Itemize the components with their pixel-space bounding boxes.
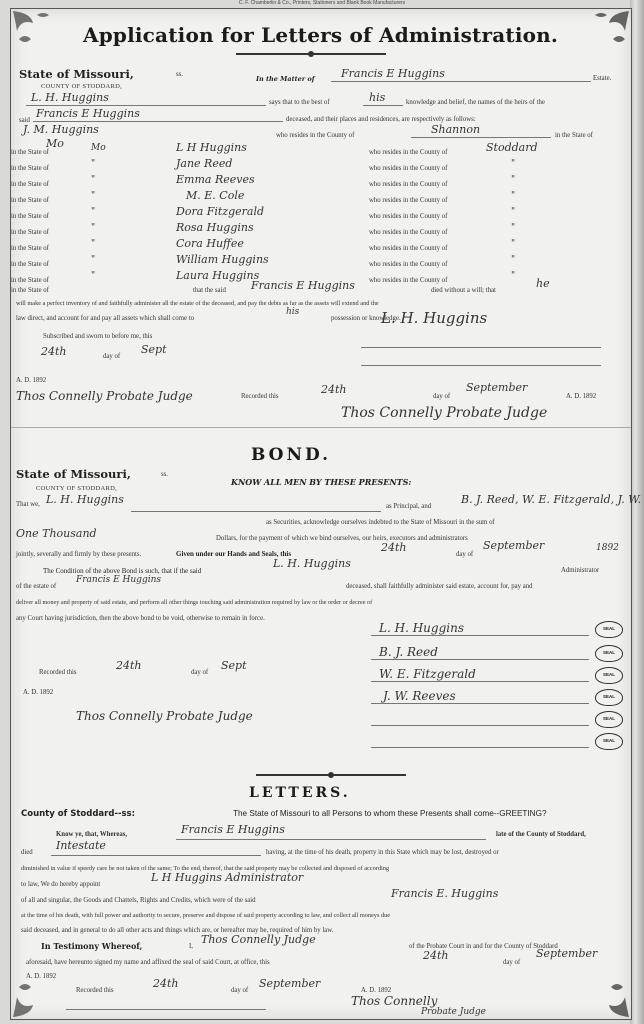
final-title: Probate Judge	[421, 1007, 486, 1017]
in-state-text: in the State of	[555, 132, 593, 139]
heir-state-label: in the State of	[11, 165, 49, 172]
resides-text: who resides in the County of	[369, 181, 447, 188]
i-text: I,	[189, 943, 193, 950]
recorded-label: Recorded this	[76, 987, 114, 994]
resides-text: who resides in the County of	[369, 245, 447, 252]
recorded-day: 24th	[321, 383, 347, 396]
recorded-label: Recorded this	[39, 669, 77, 676]
list-item: in the State of " Jane Reed who resides …	[11, 157, 611, 173]
list-item: in the State of " Cora Huffee who reside…	[11, 237, 611, 253]
appointee-value: L H Huggins Administrator	[151, 871, 303, 884]
document-page: Application for Letters of Administratio…	[10, 8, 632, 1020]
heir-county: "	[511, 239, 515, 249]
securities-names: B. J. Reed, W. E. Fitzgerald, J. W. Reev…	[461, 493, 644, 506]
bond-title: BOND.	[251, 445, 331, 465]
heir-name: Cora Huffee	[176, 237, 244, 250]
day-of-text: day of	[191, 669, 208, 676]
heir-state-label: in the State of	[11, 277, 49, 284]
day-of-text: day of	[433, 393, 450, 400]
letters-judge-name: Thos Connelly Judge	[201, 933, 316, 946]
matter-value: Francis E Huggins	[341, 67, 445, 80]
testimony-day: 24th	[423, 949, 449, 962]
estate-label: Estate.	[593, 75, 611, 82]
resides-text: who resides in the County of	[276, 132, 354, 139]
that-said-text: that the said	[193, 287, 226, 294]
that-we-text: That we,	[16, 501, 40, 508]
seal-icon: SEAL	[595, 689, 623, 706]
heir-state: "	[91, 159, 95, 169]
sworn-month: Sept	[141, 343, 167, 356]
sworn-year: A. D. 1892	[16, 377, 46, 384]
heir-county: "	[511, 255, 515, 265]
estate-name: Francis E Huggins	[76, 575, 161, 585]
first-heir-name: J. M. Huggins	[23, 123, 99, 136]
application-title: Application for Letters of Administratio…	[83, 23, 558, 47]
goods-name: Francis E. Huggins	[391, 887, 498, 900]
testimony-year: A. D. 1892	[26, 973, 56, 980]
signer-signature: L. H. Huggins	[379, 621, 464, 635]
that-said-name: Francis E Huggins	[251, 279, 355, 292]
seal-icon: SEAL	[595, 733, 623, 750]
heir-county: Stoddard	[486, 141, 538, 154]
principal-name: L. H. Huggins	[46, 493, 124, 506]
deliver-text: deliver all money and property of said e…	[16, 599, 372, 606]
testimony-text: In Testimony Whereof,	[41, 941, 142, 951]
section-divider	[236, 53, 386, 55]
letters-title: LETTERS.	[249, 785, 351, 801]
intestate-value: Intestate	[56, 839, 106, 852]
judge-signature: Thos Connelly Probate Judge	[76, 709, 253, 723]
any-court-text: any Court having jurisdiction, then the …	[16, 615, 265, 622]
appoint-text: to law, We do hereby appoint	[21, 881, 100, 888]
bond-state: State of Missouri,	[16, 467, 131, 481]
recorded-label: Recorded this	[241, 393, 279, 400]
sworn-day: 24th	[41, 345, 67, 358]
deceased-text: deceased, and their places and residence…	[286, 116, 476, 123]
judge-signature-2: Thos Connelly Probate Judge	[341, 405, 547, 421]
deceased-text: deceased, shall faithfully administer sa…	[346, 583, 533, 590]
application-state: State of Missouri,	[19, 67, 134, 81]
list-item: in the State of " M. E. Cole who resides…	[11, 189, 611, 205]
heir-name: Emma Reeves	[176, 173, 255, 186]
letters-county: County of Stoddard--ss:	[21, 809, 135, 819]
aforesaid-text: aforesaid, have hereunto signed my name …	[26, 959, 270, 966]
heir-name: L H Huggins	[176, 141, 247, 154]
deceased-name: Francis E Huggins	[36, 107, 140, 120]
time-text: at the time of his death, with full powe…	[21, 912, 390, 919]
of-estate-text: of the estate of	[16, 583, 56, 590]
resides-text: who resides in the County of	[369, 213, 447, 220]
resides-text: who resides in the County of	[369, 229, 447, 236]
resides-text: who resides in the County of	[369, 197, 447, 204]
signer-signature: J. W. Reeves	[383, 689, 456, 703]
heir-name: Jane Reed	[176, 157, 232, 170]
heir-name: Rosa Huggins	[176, 221, 254, 234]
as-principal-text: as Principal, and	[386, 503, 431, 510]
recorded-month: Sept	[221, 659, 247, 672]
in-state-text: in the State of	[11, 287, 49, 294]
knowledge-text: knowledge and belief, the names of the h…	[406, 99, 545, 106]
seal-icon: SEAL	[595, 667, 623, 684]
heir-state-label: in the State of	[11, 245, 49, 252]
resides-text: who resides in the County of	[369, 277, 447, 284]
day-of-text: day of	[231, 987, 248, 994]
greeting-text: The State of Missouri to all Persons to …	[233, 809, 547, 818]
list-item: in the State of Mo L H Huggins who resid…	[11, 141, 611, 157]
resides-text: who resides in the County of	[369, 261, 447, 268]
heir-state-label: in the State of	[11, 213, 49, 220]
section-divider	[256, 774, 406, 776]
died-text: died	[21, 849, 33, 856]
heir-county: "	[511, 271, 515, 281]
sum-words: One Thousand	[16, 527, 97, 540]
heir-state-label: in the State of	[11, 149, 49, 156]
testimony-month: September	[536, 947, 597, 960]
given-year: 1892	[596, 543, 619, 553]
know-all-men: KNOW ALL MEN BY THESE PRESENTS:	[231, 477, 411, 487]
first-heir-county: Shannon	[431, 123, 480, 136]
final-signature: Thos Connelly	[351, 994, 437, 1008]
recorded-month: September	[259, 977, 320, 990]
heir-state-label: in the State of	[11, 181, 49, 188]
says-text: says that to the best of	[269, 99, 330, 106]
seal-icon: SEAL	[595, 621, 623, 638]
heir-county: "	[511, 191, 515, 201]
page-edge	[630, 0, 644, 1024]
heir-name: William Huggins	[176, 253, 269, 266]
condition-name: L. H. Huggins	[273, 557, 351, 570]
condition-text: The Condition of the above Bond is such,…	[43, 567, 201, 575]
day-of-text: day of	[456, 551, 473, 558]
ornament-corner-icon	[11, 9, 59, 57]
day-of-text: day of	[503, 959, 520, 966]
application-county: COUNTY OF STODDARD,	[41, 83, 122, 90]
heir-name: Laura Huggins	[176, 269, 259, 282]
ornament-corner-icon	[583, 971, 631, 1019]
late-of-text: late of the County of Stoddard,	[496, 831, 586, 838]
heir-state: "	[91, 207, 95, 217]
judge-signature: Thos Connelly Probate Judge	[16, 389, 193, 403]
signer-signature: B. J. Reed	[379, 645, 438, 659]
heir-county: "	[511, 175, 515, 185]
recorded-year: A. D. 1892	[23, 689, 53, 696]
dollars-text: Dollars, for the payment of which we bin…	[216, 535, 468, 542]
inventory-text: will make a perfect inventory of and fai…	[16, 300, 379, 307]
pronoun-value: his	[369, 91, 385, 104]
account-text: law direct, and account for and pay all …	[16, 315, 194, 322]
applicant-name: L. H. Huggins	[31, 91, 109, 104]
jointly-text: jointly, severally and firmly by these p…	[16, 551, 141, 558]
heir-state: "	[91, 271, 95, 281]
heir-state-label: in the State of	[11, 229, 49, 236]
heir-state: "	[91, 223, 95, 233]
ornament-corner-icon	[583, 9, 631, 57]
seal-icon: SEAL	[595, 711, 623, 728]
day-of-text: day of	[103, 353, 120, 360]
heir-county: "	[511, 159, 515, 169]
resides-text: who resides in the County of	[369, 165, 447, 172]
list-item: in the State of " Dora Fitzgerald who re…	[11, 205, 611, 221]
letters-deceased: Francis E Huggins	[181, 823, 285, 836]
list-item: in the State of " Emma Reeves who reside…	[11, 173, 611, 189]
died-text: died without a will; that	[431, 287, 496, 294]
having-text: having, at the time of his death, proper…	[266, 849, 499, 856]
subscribed-text: Subscribed and sworn to before me, this	[43, 333, 152, 340]
heir-county: "	[511, 207, 515, 217]
heir-name: M. E. Cole	[186, 189, 244, 202]
resides-text: who resides in the County of	[369, 149, 447, 156]
printer-line: C. F. Chamberlin & Co., Printers, Statio…	[0, 0, 644, 6]
heir-state: Mo	[91, 143, 106, 153]
recorded-day: 24th	[116, 659, 142, 672]
he-value: he	[536, 277, 550, 290]
ss-label: ss.	[176, 71, 183, 78]
recorded-year: A. D. 1892	[566, 393, 596, 400]
heir-state: "	[91, 191, 95, 201]
recorded-year: A. D. 1892	[361, 987, 391, 994]
list-item: in the State of " William Huggins who re…	[11, 253, 611, 269]
heir-state: "	[91, 255, 95, 265]
heir-state-label: in the State of	[11, 197, 49, 204]
bond-county: COUNTY OF STODDARD,	[36, 485, 117, 492]
goods-text: of all and singular, the Goods and Chatt…	[21, 897, 256, 904]
know-ye-text: Know ye, that, Whereas,	[56, 831, 127, 838]
administrator-label: Administrator	[561, 567, 599, 574]
applicant-signature: L. H. Huggins	[381, 309, 487, 327]
possession-value: his	[286, 307, 299, 317]
recorded-day: 24th	[153, 977, 179, 990]
matter-label: In the Matter of	[256, 75, 315, 83]
heir-state: "	[91, 175, 95, 185]
heir-state: "	[91, 239, 95, 249]
heir-name: Dora Fitzgerald	[176, 205, 264, 218]
heir-state-label: in the State of	[11, 261, 49, 268]
heir-county: "	[511, 223, 515, 233]
given-day: 24th	[381, 541, 407, 554]
recorded-month: September	[466, 381, 527, 394]
ss-label: ss.	[161, 471, 168, 478]
list-item: in the State of " Rosa Huggins who resid…	[11, 221, 611, 237]
signer-signature: W. E. Fitzgerald	[379, 667, 476, 681]
as-securities-text: as Securities, acknowledge ourselves ind…	[266, 519, 495, 526]
seal-icon: SEAL	[595, 645, 623, 662]
given-month: September	[483, 539, 544, 552]
